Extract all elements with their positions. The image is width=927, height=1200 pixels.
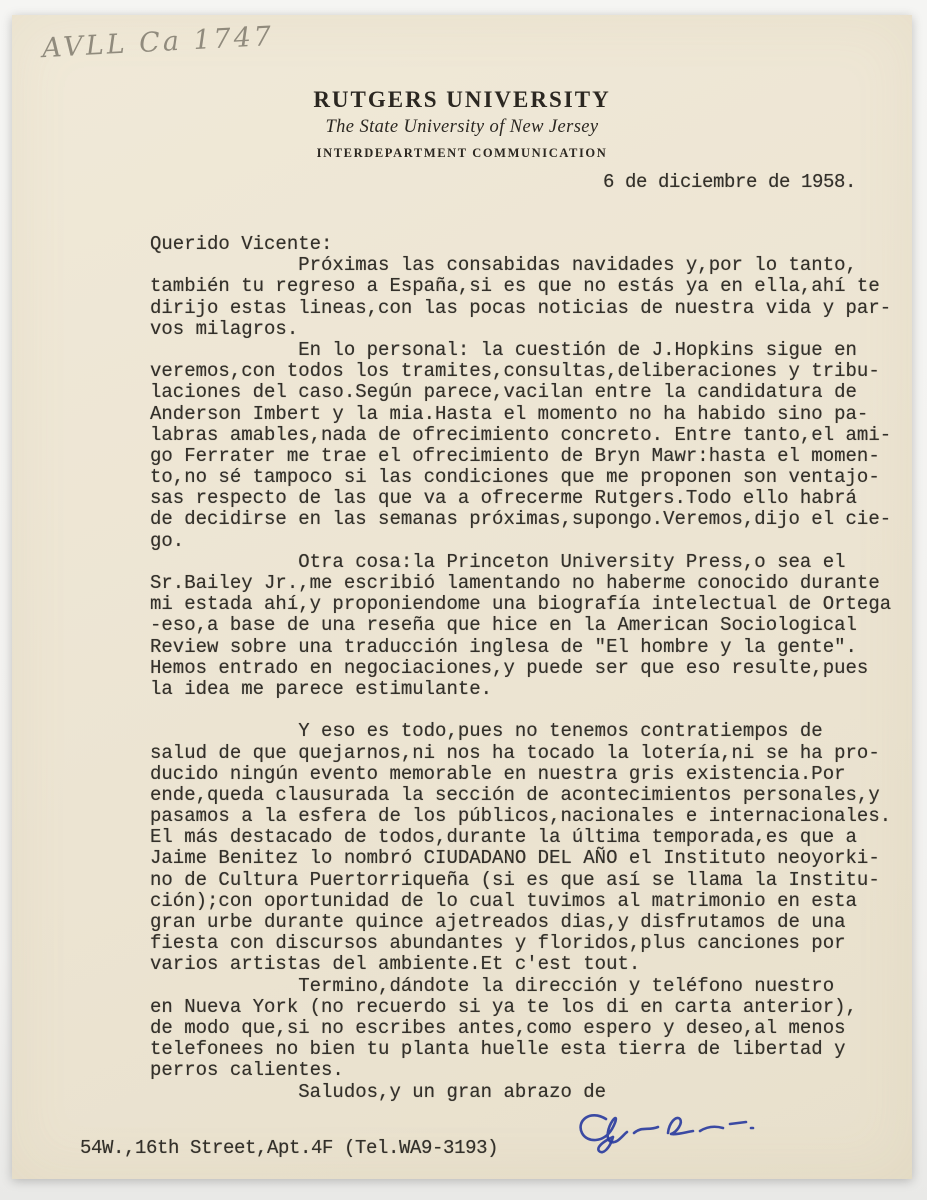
letter-body-line: Saludos,y un gran abrazo de (150, 1082, 891, 1103)
letter-body-line: sas respecto de las que va a ofrecerme R… (150, 488, 891, 509)
photo-background: AVLL Ca 1747 RUTGERS UNIVERSITY The Stat… (0, 0, 927, 1200)
letter-body-line: salud de que quejarnos,ni nos ha tocado … (150, 743, 891, 764)
letter-body: Querido Vicente: Próximas las consabidas… (150, 234, 891, 1103)
letter-body-line: En lo personal: la cuestión de J.Hopkins… (150, 340, 891, 361)
letter-body-line: Review sobre una traducción inglesa de "… (150, 637, 891, 658)
letter-body-line: Próximas las consabidas navidades y,por … (150, 255, 891, 276)
letterhead-university-subtitle: The State University of New Jersey (12, 117, 912, 137)
letterhead-communication-type: INTERDEPARTMENT COMMUNICATION (12, 147, 912, 161)
letter-body-line: Querido Vicente: (150, 234, 891, 255)
letter-body-line: -eso,a base de una reseña que hice en la… (150, 615, 891, 636)
letter-body-line: Sr.Bailey Jr.,me escribió lamentando no … (150, 573, 891, 594)
letter-body-line (150, 700, 891, 721)
letter-body-line: la idea me parece estimulante. (150, 679, 891, 700)
sender-address-line: 54W.,16th Street,Apt.4F (Tel.WA9-3193) (80, 1137, 498, 1159)
letter-body-line: Hemos entrado en negociaciones,y puede s… (150, 658, 891, 679)
letter-body-line: telefonees no bien tu planta huelle esta… (150, 1039, 891, 1060)
letter-body-line: ducido ningún evento memorable en nuestr… (150, 764, 891, 785)
letter-body-line: laciones del caso.Según parece,vacilan e… (150, 382, 891, 403)
letter-page: AVLL Ca 1747 RUTGERS UNIVERSITY The Stat… (12, 15, 912, 1179)
letter-body-line: Y eso es todo,pues no tenemos contratiem… (150, 721, 891, 742)
letter-body-line: go. (150, 531, 891, 552)
letter-body-line: de decidirse en las semanas próximas,sup… (150, 509, 891, 530)
signature-handwritten-icon (572, 1103, 762, 1165)
archival-pencil-annotation: AVLL Ca 1747 (41, 21, 274, 64)
letter-body-line: de modo que,si no escribes antes,como es… (150, 1018, 891, 1039)
letter-body-line: varios artistas del ambiente.Et c'est to… (150, 954, 891, 975)
letter-body-line: Jaime Benitez lo nombró CIUDADANO DEL AÑ… (150, 848, 891, 869)
letter-body-line: perros calientes. (150, 1060, 891, 1081)
letter-body-line: Termino,dándote la dirección y teléfono … (150, 976, 891, 997)
letter-body-line: labras amables,nada de ofrecimiento conc… (150, 425, 891, 446)
letter-body-line: veremos,con todos los tramites,consultas… (150, 361, 891, 382)
letter-body-line: ende,queda clausurada la sección de acon… (150, 785, 891, 806)
letter-body-line: go Ferrater me trae el ofrecimiento de B… (150, 446, 891, 467)
letterhead-university-name: RUTGERS UNIVERSITY (12, 87, 912, 112)
letter-body-line: gran urbe durante quince ajetreados dias… (150, 912, 891, 933)
letter-body-line: Anderson Imbert y la mia.Hasta el moment… (150, 404, 891, 425)
letter-date: 6 de diciembre de 1958. (603, 171, 856, 193)
letter-body-line: ción);con oportunidad de lo cual tuvimos… (150, 891, 891, 912)
letter-body-line: El más destacado de todos,durante la últ… (150, 827, 891, 848)
letter-body-line: Otra cosa:la Princeton University Press,… (150, 552, 891, 573)
letter-body-line: to,no sé tampoco si las condiciones que … (150, 467, 891, 488)
letter-body-line: dirijo estas lineas,con las pocas notici… (150, 298, 891, 319)
letter-body-line: mi estada ahí,y proponiendome una biogra… (150, 594, 891, 615)
letter-body-line: no de Cultura Puertorriqueña (si es que … (150, 870, 891, 891)
letter-body-line: pasamos a la esfera de los públicos,naci… (150, 806, 891, 827)
letterhead: RUTGERS UNIVERSITY The State University … (12, 87, 912, 160)
letter-body-line: fiesta con discursos abundantes y florid… (150, 933, 891, 954)
letter-body-line: también tu regreso a España,si es que no… (150, 276, 891, 297)
letter-body-line: en Nueva York (no recuerdo si ya te los … (150, 997, 891, 1018)
letter-body-line: vos milagros. (150, 319, 891, 340)
